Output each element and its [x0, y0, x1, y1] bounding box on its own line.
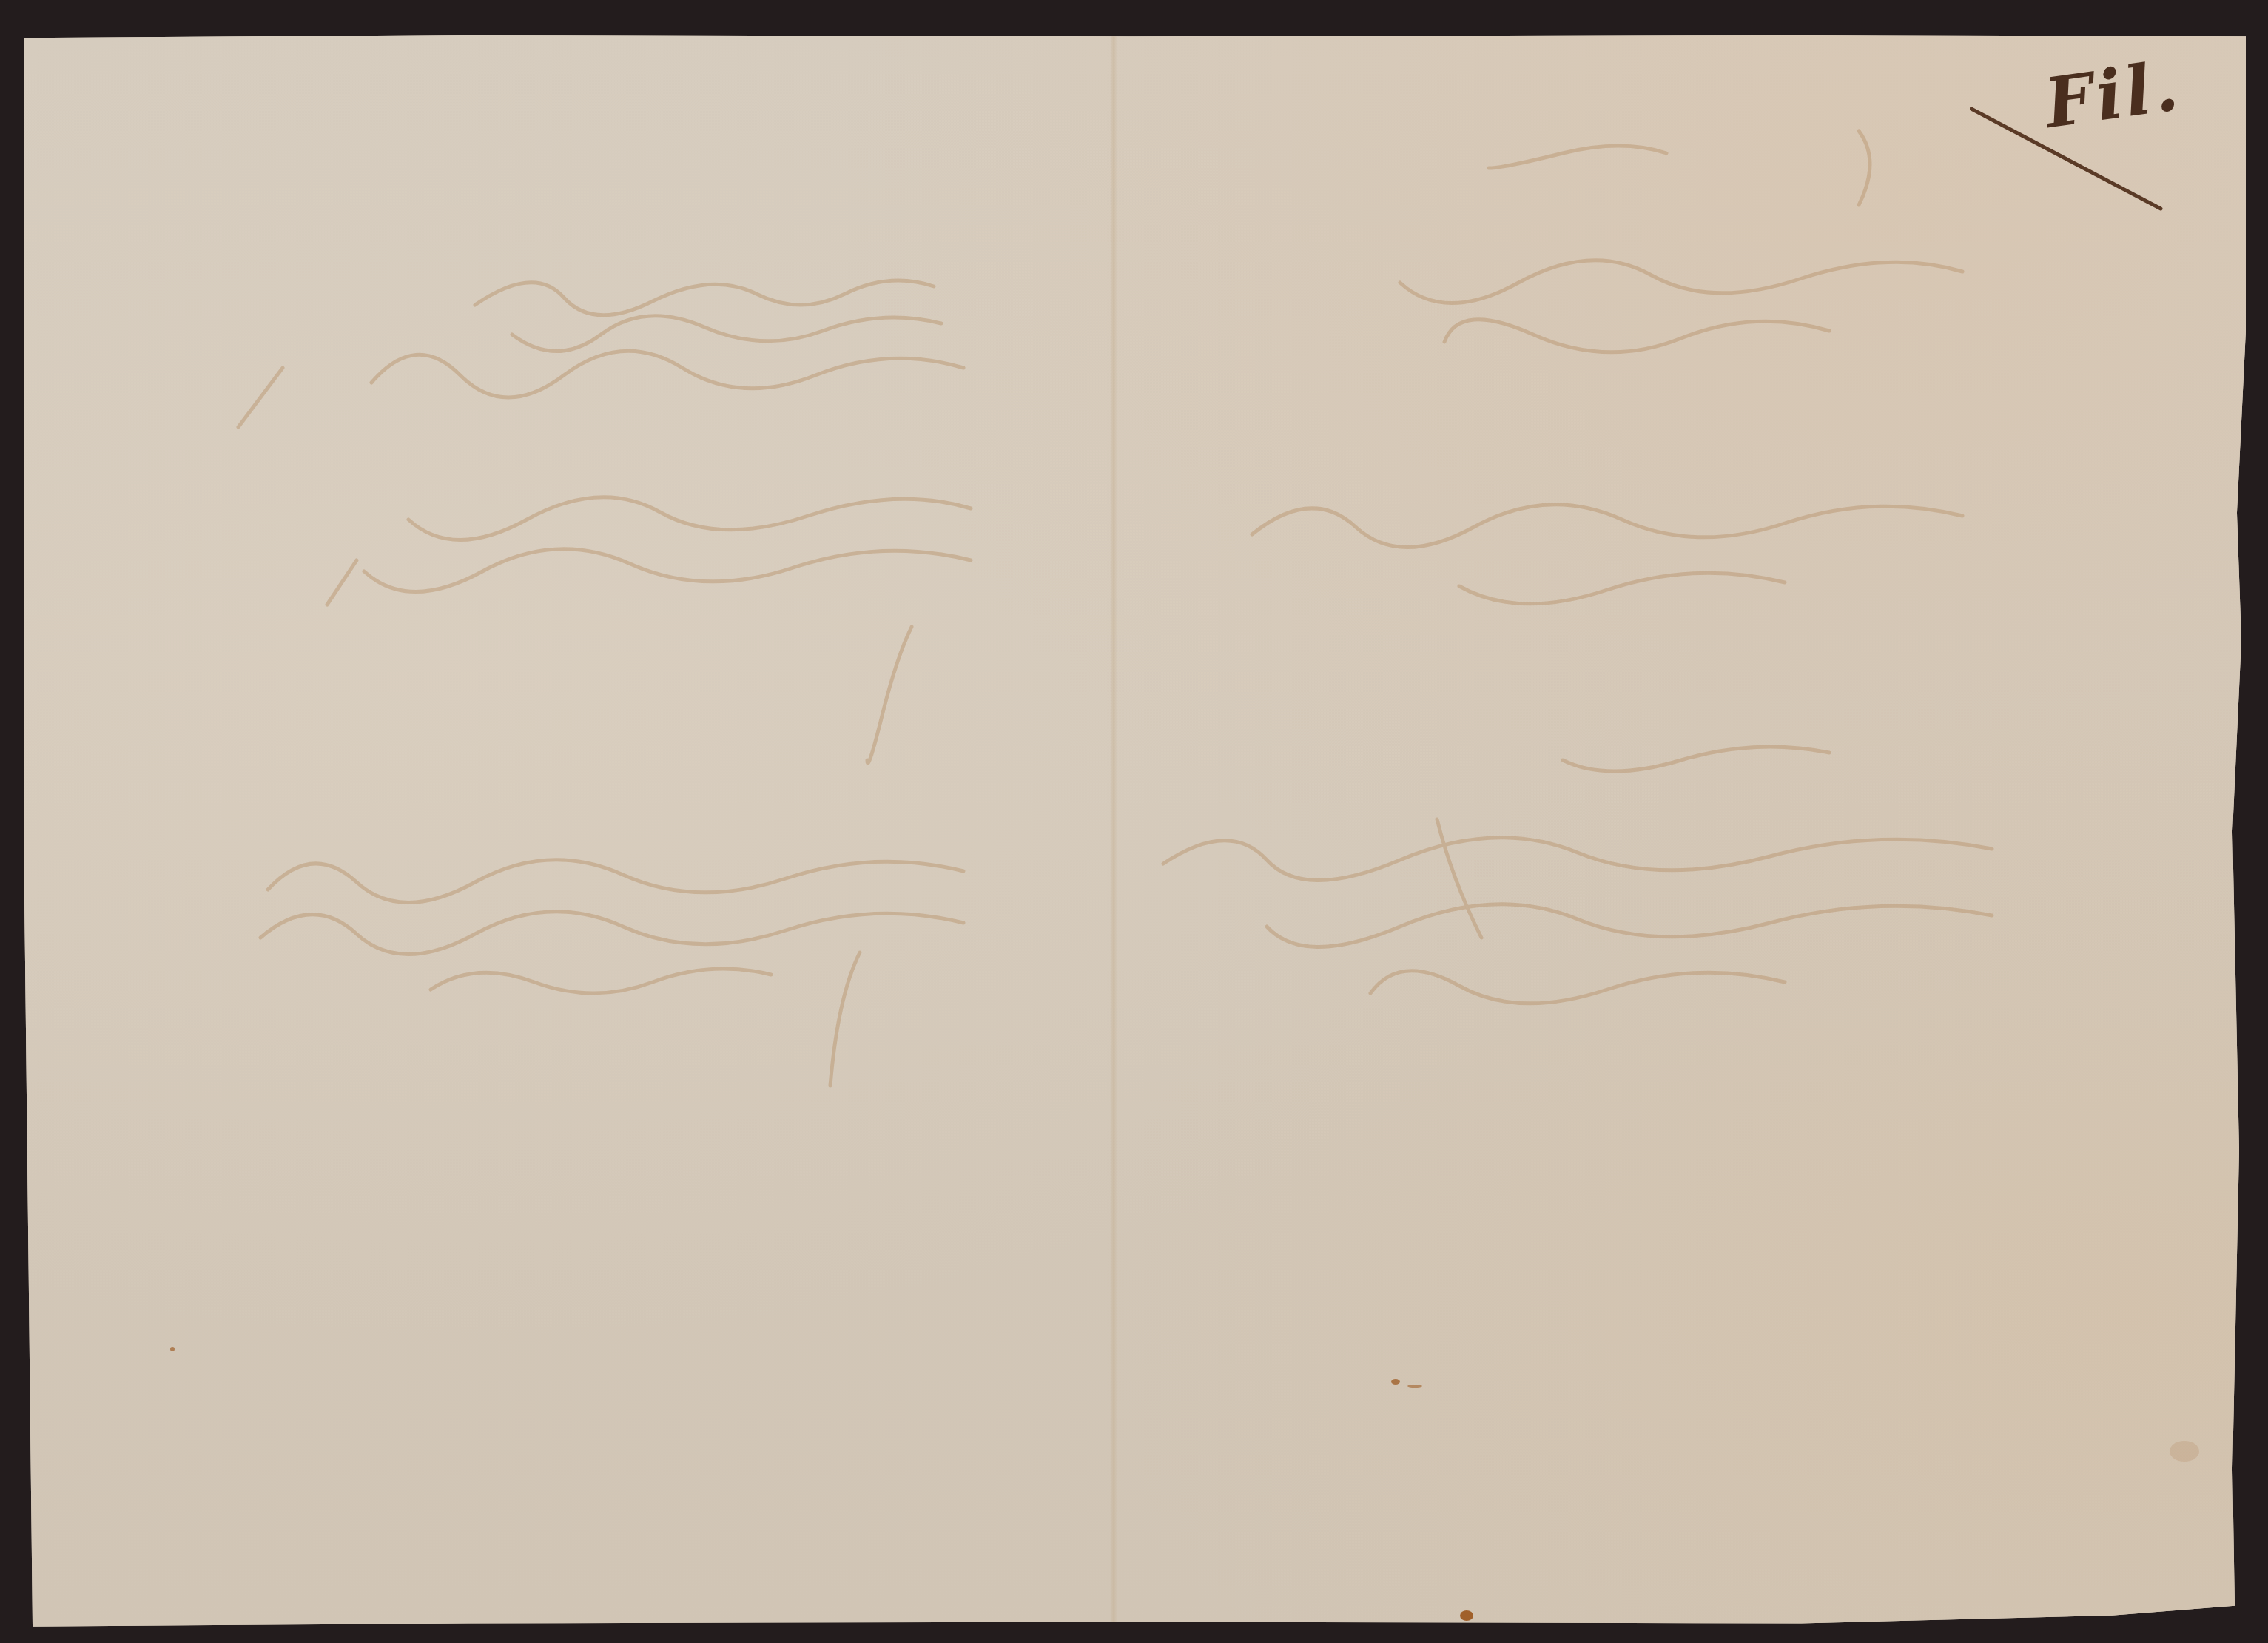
- center-fold-line: [1110, 35, 1117, 1628]
- paper-page: Fil.: [24, 35, 2246, 1628]
- bleed-through-strokes-icon: [90, 212, 1052, 1138]
- ink-spot: [170, 1347, 175, 1351]
- bleed-through-right: [1119, 109, 2229, 1145]
- bleed-through-strokes-icon: [1119, 109, 2229, 1145]
- scan-frame: Fil.: [0, 0, 2268, 1643]
- ink-spot: [1391, 1379, 1400, 1385]
- handwritten-annotation: Fil.: [1970, 57, 2207, 227]
- bleed-through-left: [90, 212, 1052, 1138]
- ink-spot: [1460, 1610, 1473, 1621]
- ink-spot: [1407, 1385, 1422, 1388]
- ink-spot: [2170, 1441, 2199, 1462]
